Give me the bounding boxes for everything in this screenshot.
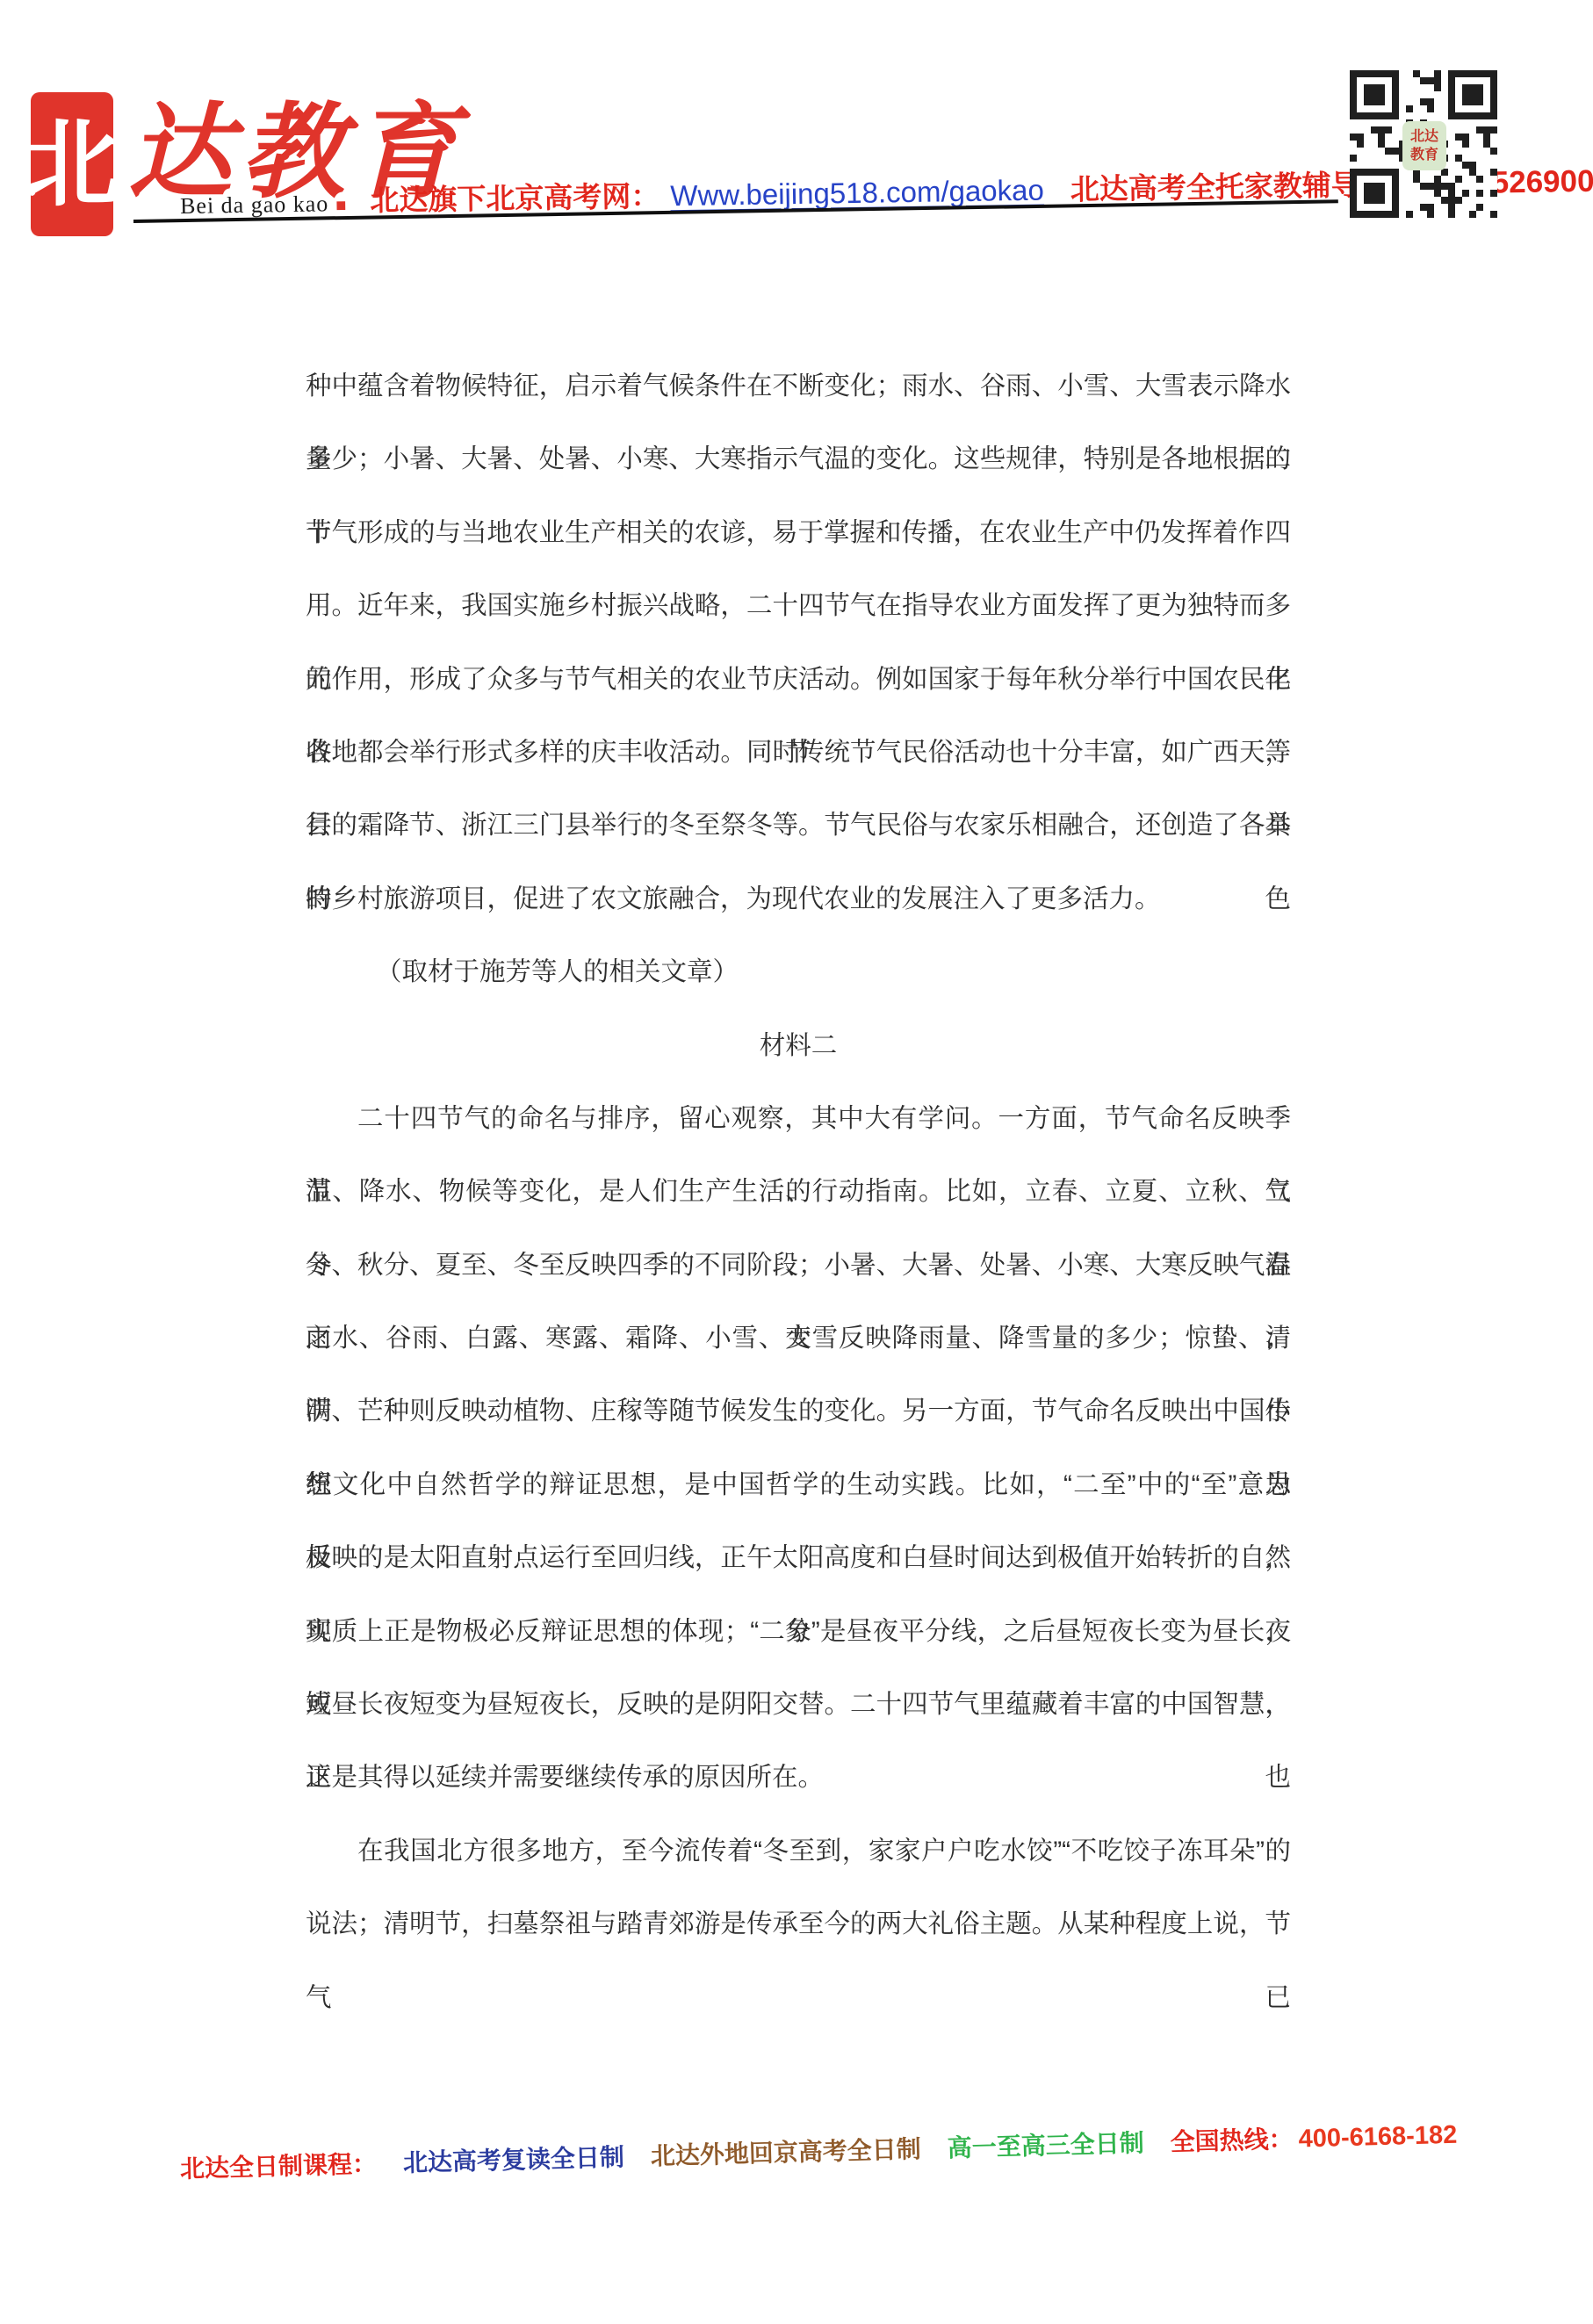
body-line: 满、芒种则反映动植物、庄稼等随节候发生的变化。另一方面，节气命名反映出中国传统思 (306, 1375, 1291, 1447)
body-line: 种中蕴含着物候特征，启示着气候条件在不断变化；雨水、谷雨、小雪、大雪表示降水量的 (306, 350, 1291, 422)
body-line: 的作用，形成了众多与节气相关的农业节庆活动。例如国家于每年秋分举行中国农民丰收节… (306, 643, 1291, 716)
footer: 北达全日制课程： 北达高考复读全日制 北达外地回京高考全日制 高一至高三全日制 … (179, 2116, 1457, 2185)
body-line: 雨水、谷雨、白露、寒露、霜降、小雪、大雪反映降雨量、降雪量的多少；惊蛰、清明、小 (306, 1302, 1291, 1375)
body-line: 多少；小暑、大暑、处暑、小寒、大寒指示气温的变化。这些规律，特别是各地根据二十四 (306, 422, 1291, 495)
body-line: 实质上正是物极必反辩证思想的体现；“二分”是昼夜平分线，之后昼短夜长变为昼长夜短… (306, 1595, 1291, 1668)
body-line: 说法；清明节，扫墓祭祖与踏青郊游是传承至今的两大礼俗主题。从某种程度上说，节气已 (306, 1887, 1291, 1960)
logo-tagline: Bei da gao kao■ (180, 191, 348, 220)
qr-code: 北达 教育 (1350, 67, 1497, 221)
body-line: 的乡村旅游项目，促进了农文旅融合，为现代农业的发展注入了更多活力。 (306, 862, 1291, 935)
footer-courses-label: 北达全日制课程： (179, 2145, 377, 2185)
logo-seal-char: 北 (25, 117, 119, 212)
body-line: 节气形成的与当地农业生产相关的农谚，易于掌握和传播，在农业生产中仍发挥着作用。 (306, 496, 1291, 569)
document-page: 北 达教育 Bei da gao kao■ 北达旗下北京高考网： Www.bei… (0, 0, 1593, 2324)
body-line: 反映的是太阳直射点运行至回归线，正午太阳高度和白昼时间达到极值开始转折的自然现象… (306, 1521, 1291, 1594)
tagline-square-icon: ■ (335, 196, 347, 215)
body-line: 二十四节气的命名与排序，留心观察，其中大有学问。一方面，节气命名反映季节、气 (306, 1082, 1291, 1155)
body-line: 行的霜降节、浙江三门县举行的冬至祭冬等。节气民俗与农家乐相融合，还创造了各具特色 (306, 789, 1291, 862)
body-line: 想文化中自然哲学的辩证思想，是中国哲学的生动实践。比如，“二至”中的“至”意为极… (306, 1448, 1291, 1521)
hotline-label: 全国热线： (1170, 2120, 1294, 2159)
footer-course-return: 北达外地回京高考全日制 (650, 2130, 921, 2172)
logo-seal: 北 (33, 95, 111, 234)
body-line: 在我国北方很多地方，至今流传着“冬至到，家家户户吃水饺”“不吃饺子冻耳朵”的 (306, 1815, 1291, 1887)
footer-course-repeat: 北达高考复读全日制 (402, 2138, 624, 2179)
body-line: 分、秋分、夏至、冬至反映四季的不同阶段；小暑、大暑、处暑、小寒、大寒反映气温之变… (306, 1229, 1291, 1302)
source-attribution: （取材于施芳等人的相关文章） (306, 935, 1291, 1008)
qr-center-label: 北达 教育 (1402, 121, 1446, 170)
body-line: 近年来，我国实施乡村振兴战略，二十四节气在指导农业方面发挥了更为独特而多元化 (306, 569, 1291, 642)
section-heading: 材料二 (306, 1009, 1291, 1082)
hotline-number: 400-6168-182 (1298, 2121, 1457, 2154)
body-line: 各地都会举行形式多样的庆丰收活动。同时传统节气民俗活动也十分丰富，如广西天等县举 (306, 716, 1291, 789)
body-line: 温、降水、物候等变化，是人们生产生活的行动指南。比如，立春、立夏、立秋、立冬、春 (306, 1155, 1291, 1228)
footer-course-grades: 高一至高三全日制 (947, 2124, 1144, 2164)
document-body: 种中蕴含着物候特征，启示着气候条件在不断变化；雨水、谷雨、小雪、大雪表示降水量的… (306, 350, 1291, 1961)
body-line: 或昼长夜短变为昼短夜长，反映的是阴阳交替。二十四节气里蕴藏着丰富的中国智慧，这也 (306, 1668, 1291, 1741)
